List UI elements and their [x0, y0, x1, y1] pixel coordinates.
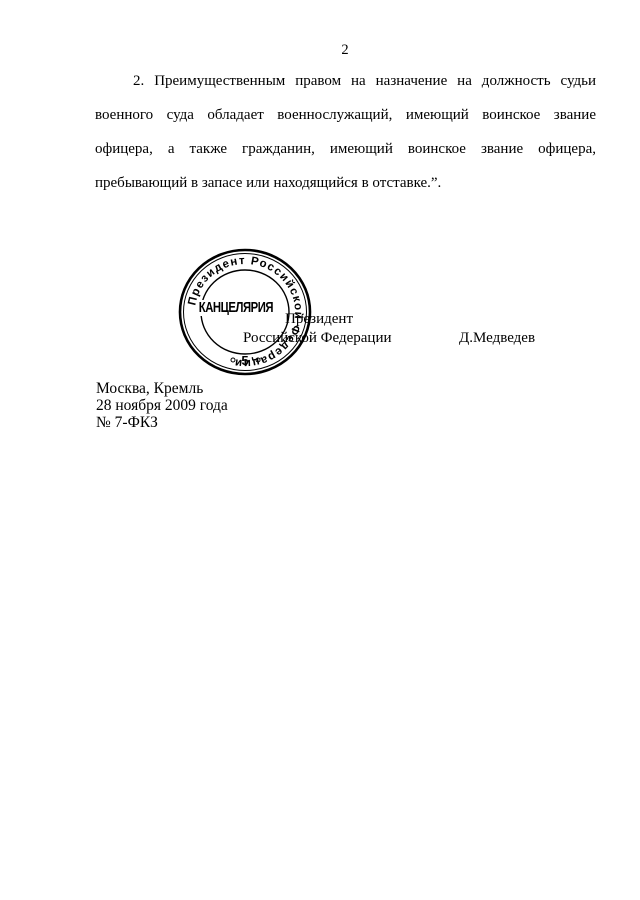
page-number: 2 — [0, 41, 640, 59]
signatory-title-line-1: Президент — [285, 310, 353, 328]
paragraph-line: 2. Преимущественным правом на назначение… — [95, 64, 596, 98]
signing-date: 28 ноября 2009 года — [96, 397, 228, 414]
paragraph-2: 2. Преимущественным правом на назначение… — [95, 64, 596, 200]
signing-place: Москва, Кремль — [96, 380, 228, 397]
signatory-title-line-2: Российской Федерации — [243, 329, 392, 347]
paragraph-line: офицера, а также гражданин, имеющий воин… — [95, 132, 596, 166]
svg-text:5: 5 — [241, 353, 248, 368]
stamp-center-text: КАНЦЕЛЯРИЯ — [198, 300, 274, 316]
place-date-block: Москва, Кремль 28 ноября 2009 года № 7-Ф… — [96, 380, 228, 431]
paragraph-line: военного суда обладает военнослужащий, и… — [95, 98, 596, 132]
law-number: № 7-ФКЗ — [96, 414, 228, 431]
signatory-name: Д.Медведев — [459, 329, 535, 347]
paragraph-line: пребывающий в запасе или находящийся в о… — [95, 166, 596, 200]
